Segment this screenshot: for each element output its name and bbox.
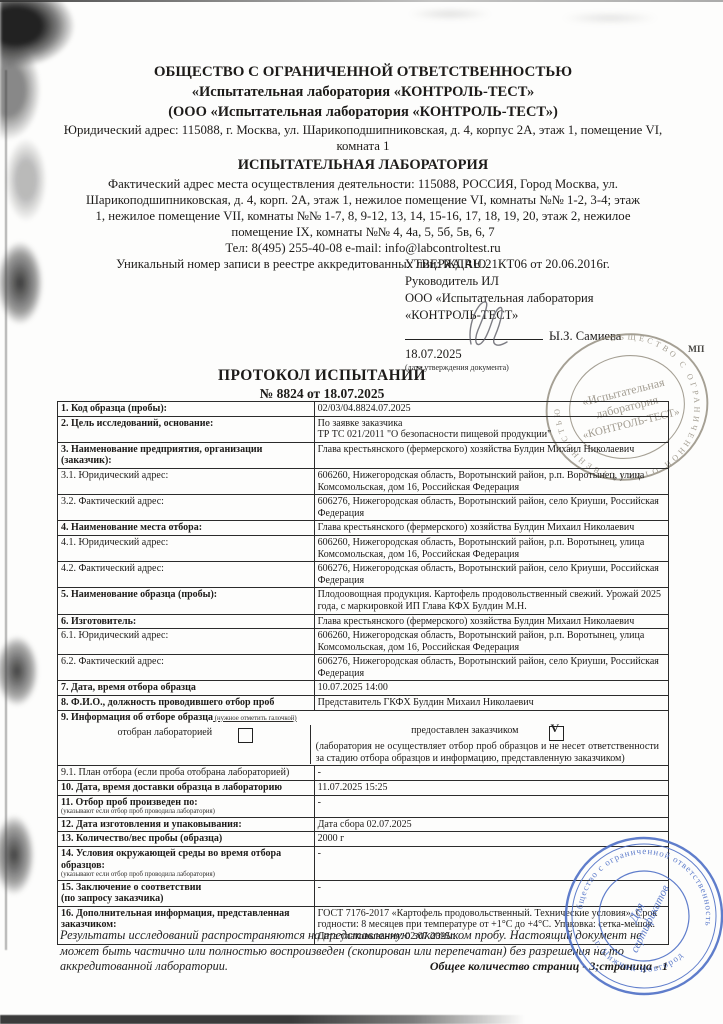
table-cell-value: 606276, Нижегородская область, Воротынск… [314, 655, 668, 681]
approver-role: Руководитель ИЛ [405, 273, 695, 290]
table-row: 9. Информация об отборе образца (нужное … [58, 710, 669, 766]
row-label-text: 2. Цель исследований, основание: [61, 418, 310, 430]
value-line: 606260, Нижегородская область, Воротынск… [318, 630, 664, 653]
table-cell-label: 6. Изготовитель: [58, 614, 315, 629]
table-cell-label: 4.2. Фактический адрес: [58, 562, 315, 588]
table-cell-label: 3. Наименование предприятия, организации… [58, 442, 315, 468]
table-row: 3.2. Фактический адрес:606276, Нижегород… [58, 495, 669, 521]
scan-blob-left-1 [0, 232, 48, 334]
row-label-text: 11. Отбор проб произведен по: [61, 797, 310, 809]
table-cell-label: 7. Дата, время отбора образца [58, 681, 315, 696]
option-row: предоставлен заказчикомV [316, 725, 659, 740]
row-label-text: 15. Заключение о соответствии [61, 882, 310, 894]
table-cell-value: 2000 г [314, 832, 668, 847]
lab-title: ИСПЫТАТЕЛЬНАЯ ЛАБОРАТОРИЯ [57, 154, 669, 176]
table-cell-label: 3.1. Юридический адрес: [58, 468, 315, 494]
value-line: Глава крестьянского (фермерского) хозяйс… [318, 616, 664, 628]
table-row: 5. Наименование образца (пробы):Плодоово… [58, 588, 669, 614]
row-label-text: 13. Количество/вес пробы (образца) [61, 833, 310, 845]
table-row: 1. Код образца (пробы):02/03/04.8824.07.… [58, 402, 669, 417]
table-cell-label: 14. Условия окружающей среды во время от… [58, 846, 315, 880]
approve-word: УТВЕРЖДАЮ [405, 256, 695, 273]
table-cell-checkbox-section: 9. Информация об отборе образца (нужное … [58, 710, 669, 766]
company-name-line1: ОБЩЕСТВО С ОГРАНИЧЕННОЙ ОТВЕТСТВЕННОСТЬЮ [57, 62, 669, 82]
option-provided-by-customer: предоставлен заказчикомV(лаборатория не … [310, 725, 664, 764]
legal-address: Юридический адрес: 115088, г. Москва, ул… [63, 122, 663, 154]
table-cell-label: 8. Ф.И.О., должность проводившего отбор … [58, 696, 315, 711]
value-line: ТР ТС 021/2011 "О безопасности пищевой п… [318, 429, 664, 441]
checkbox-checked: V [549, 726, 564, 741]
option-note: (лаборатория не осуществляет отбор проб … [316, 741, 659, 764]
table-cell-label: 3.2. Фактический адрес: [58, 495, 315, 521]
table-cell-value: 02/03/04.8824.07.2025 [314, 402, 668, 417]
table-row: 6. Изготовитель:Глава крестьянского (фер… [58, 614, 669, 629]
option-sampled-by-lab: отобран лабораторией [61, 725, 310, 764]
table-row: 15. Заключение о соответствии (по запрос… [58, 880, 669, 906]
scan-bleed-mark-top [390, 4, 690, 30]
row-label-text: 9.1. План отбора (если проба отобрана ла… [61, 767, 310, 779]
row-label-text: 12. Дата изготовления и упаковывания: [61, 819, 310, 831]
option-label: предоставлен заказчиком [411, 725, 518, 740]
table-cell-label: 1. Код образца (пробы): [58, 402, 315, 417]
value-line: 606276, Нижегородская область, Воротынск… [318, 563, 664, 586]
table-row: 6.2. Фактический адрес:606276, Нижегород… [58, 655, 669, 681]
table-cell-value: По заявке заказчикаТР ТС 021/2011 "О без… [314, 416, 668, 442]
table-row: 10. Дата, время доставки образца в лабор… [58, 781, 669, 796]
table-cell-value: - [314, 795, 668, 817]
value-line: - [318, 882, 664, 894]
value-line: - [318, 797, 664, 809]
table-cell-label: 4.1. Юридический адрес: [58, 535, 315, 561]
scan-blob-left-3 [0, 806, 39, 904]
table-row: 4.1. Юридический адрес:606260, Нижегород… [58, 535, 669, 561]
value-line: 2000 г [318, 833, 664, 845]
row-label-text: 7. Дата, время отбора образца [61, 682, 310, 694]
table-cell-label: 10. Дата, время доставки образца в лабор… [58, 781, 315, 796]
table-cell-value: Представитель ГКФХ Булдин Михаил Николае… [314, 696, 668, 711]
table-row: 8. Ф.И.О., должность проводившего отбор … [58, 696, 669, 711]
table-row: 3. Наименование предприятия, организации… [58, 442, 669, 468]
value-line: 10.07.2025 14:00 [318, 682, 664, 694]
table-cell-label: 6.2. Фактический адрес: [58, 655, 315, 681]
value-line: - [318, 767, 664, 779]
table-row: 4. Наименование места отбора:Глава крест… [58, 521, 669, 536]
signature-scribble [457, 296, 519, 358]
company-name-line2: «Испытательная лаборатория «КОНТРОЛЬ-ТЕС… [57, 82, 669, 102]
scan-blob-left-2 [0, 628, 43, 714]
table-cell-value: Глава крестьянского (фермерского) хозяйс… [314, 521, 668, 536]
approver-org-line1: ООО «Испытательная лаборатория [405, 290, 695, 307]
table-cell-value: - [314, 880, 668, 906]
row-label-note: (указывают если отбор проб проводила лаб… [61, 808, 310, 816]
row-label-text2: (по запросу заказчика) [61, 893, 310, 905]
table-cell-value: 606260, Нижегородская область, Воротынск… [314, 535, 668, 561]
table-row: 2. Цель исследований, основание:По заявк… [58, 416, 669, 442]
table-cell-value: - [314, 846, 668, 880]
scan-edge-top [0, 0, 723, 2]
table-cell-value: Глава крестьянского (фермерского) хозяйс… [314, 442, 668, 468]
row-label-note: (нужное отметить галочкой) [213, 715, 297, 722]
row-label-text: 3. Наименование предприятия, организации… [61, 444, 310, 467]
value-line: 606260, Нижегородская область, Воротынск… [318, 537, 664, 560]
row-label-note: (указывают если отбор проб проводила лаб… [61, 871, 310, 879]
table-cell-label: 6.1. Юридический адрес: [58, 629, 315, 655]
table-cell-value: 10.07.2025 14:00 [314, 681, 668, 696]
row-label-text: 9. Информация об отборе образца [61, 712, 213, 723]
page-count-line: Общее количество страниц - 3;страница - … [430, 959, 668, 974]
row-label-text: 14. Условия окружающей среды во время от… [61, 848, 310, 871]
table-row: 12. Дата изготовления и упаковывания:Дат… [58, 817, 669, 832]
signer-name: Ы.З. Самиева [543, 329, 621, 343]
table-cell-label: 9.1. План отбора (если проба отобрана ла… [58, 766, 315, 781]
table-cell-value: Дата сбора 02.07.2025 [314, 817, 668, 832]
row-label-text: 4.2. Фактический адрес: [61, 563, 310, 575]
signature-row: Ы.З. Самиева [405, 325, 695, 345]
mp-mark: МП [688, 345, 704, 355]
approval-block: УТВЕРЖДАЮ Руководитель ИЛ ООО «Испытател… [405, 256, 695, 373]
value-line: Дата сбора 02.07.2025 [318, 819, 664, 831]
value-line: Плодоовощная продукция. Картофель продов… [318, 589, 664, 612]
approver-org-line2: «КОНТРОЛЬ-ТЕСТ» [405, 307, 695, 324]
table-row: 7. Дата, время отбора образца10.07.2025 … [58, 681, 669, 696]
checkmark-glyph: V [551, 723, 560, 735]
table-cell-label: 11. Отбор проб произведен по:(указывают … [58, 795, 315, 817]
table-cell-value: 606260, Нижегородская область, Воротынск… [314, 468, 668, 494]
table-cell-label: 12. Дата изготовления и упаковывания: [58, 817, 315, 832]
scanned-protocol-page: ОБЩЕСТВО С ОГРАНИЧЕННОЙ ОТВЕТСТВЕННОСТЬЮ… [0, 0, 723, 1024]
table-cell-value: Глава крестьянского (фермерского) хозяйс… [314, 614, 668, 629]
scan-edge-line-left [5, 70, 7, 950]
company-name-line3: (ООО «Испытательная лаборатория «КОНТРОЛ… [57, 102, 669, 122]
value-line: Глава крестьянского (фермерского) хозяйс… [318, 444, 664, 456]
checkbox-empty [238, 728, 253, 743]
approval-date: 18.07.2025 [405, 346, 695, 363]
table-cell-value: 606260, Нижегородская область, Воротынск… [314, 629, 668, 655]
option-label: отобран лабораторией [118, 727, 213, 739]
value-line: 02/03/04.8824.07.2025 [318, 403, 664, 415]
table-row: 4.2. Фактический адрес:606276, Нижегород… [58, 562, 669, 588]
row-label-text: 6.1. Юридический адрес: [61, 630, 310, 642]
row-label: 9. Информация об отборе образца (нужное … [61, 712, 664, 724]
row-label-text: 10. Дата, время доставки образца в лабор… [61, 782, 310, 794]
protocol-title: ПРОТОКОЛ ИСПЫТАНИЙ № 8824 от 18.07.2025 [57, 367, 587, 402]
value-line: Представитель ГКФХ Булдин Михаил Николае… [318, 697, 664, 709]
table-cell-label: 13. Количество/вес пробы (образца) [58, 832, 315, 847]
table-cell-label: 15. Заключение о соответствии (по запрос… [58, 880, 315, 906]
row-label-text: 3.1. Юридический адрес: [61, 470, 310, 482]
row-label-text: 4. Наименование места отбора: [61, 522, 310, 534]
value-line: 606276, Нижегородская область, Воротынск… [318, 496, 664, 519]
scan-edge-bottom [0, 1015, 530, 1024]
table-cell-value: - [314, 766, 668, 781]
value-line: - [318, 848, 664, 860]
actual-address: Фактический адрес места осуществления де… [80, 176, 646, 240]
contacts-line: Тел: 8(495) 255-40-08 e-mail: info@labco… [57, 240, 669, 256]
table-row: 14. Условия окружающей среды во время от… [58, 846, 669, 880]
table-cell-value: Плодоовощная продукция. Картофель продов… [314, 588, 668, 614]
table-row: 3.1. Юридический адрес:606260, Нижегород… [58, 468, 669, 494]
row-label-text: 8. Ф.И.О., должность проводившего отбор … [61, 697, 310, 709]
table-cell-value: 606276, Нижегородская область, Воротынск… [314, 562, 668, 588]
row-label-text: 3.2. Фактический адрес: [61, 496, 310, 508]
row-label-text: 1. Код образца (пробы): [61, 403, 310, 415]
table-row: 11. Отбор проб произведен по:(указывают … [58, 795, 669, 817]
protocol-table-body: 1. Код образца (пробы):02/03/04.8824.07.… [58, 402, 669, 945]
table-cell-value: 11.07.2025 15:25 [314, 781, 668, 796]
value-line: По заявке заказчика [318, 418, 664, 430]
checkbox-columns: отобран лабораториейпредоставлен заказчи… [61, 725, 664, 764]
protocol-title-line2: № 8824 от 18.07.2025 [57, 385, 587, 402]
table-cell-label: 5. Наименование образца (пробы): [58, 588, 315, 614]
value-line: Глава крестьянского (фермерского) хозяйс… [318, 522, 664, 534]
value-line: 11.07.2025 15:25 [318, 782, 664, 794]
table-row: 6.1. Юридический адрес:606260, Нижегород… [58, 629, 669, 655]
document-header: ОБЩЕСТВО С ОГРАНИЧЕННОЙ ОТВЕТСТВЕННОСТЬЮ… [57, 62, 669, 272]
value-line: 606276, Нижегородская область, Воротынск… [318, 656, 664, 679]
table-cell-label: 2. Цель исследований, основание: [58, 416, 315, 442]
table-row: 13. Количество/вес пробы (образца)2000 г [58, 832, 669, 847]
row-label-text: 5. Наименование образца (пробы): [61, 589, 310, 601]
table-row: 9.1. План отбора (если проба отобрана ла… [58, 766, 669, 781]
row-label-text: 6. Изготовитель: [61, 616, 310, 628]
table-cell-label: 4. Наименование места отбора: [58, 521, 315, 536]
protocol-table: 1. Код образца (пробы):02/03/04.8824.07.… [57, 401, 669, 945]
row-label-text: 4.1. Юридический адрес: [61, 537, 310, 549]
protocol-title-line1: ПРОТОКОЛ ИСПЫТАНИЙ [57, 367, 587, 385]
table-cell-value: 606276, Нижегородская область, Воротынск… [314, 495, 668, 521]
row-label-text: 6.2. Фактический адрес: [61, 656, 310, 668]
value-line: 606260, Нижегородская область, Воротынск… [318, 470, 664, 493]
